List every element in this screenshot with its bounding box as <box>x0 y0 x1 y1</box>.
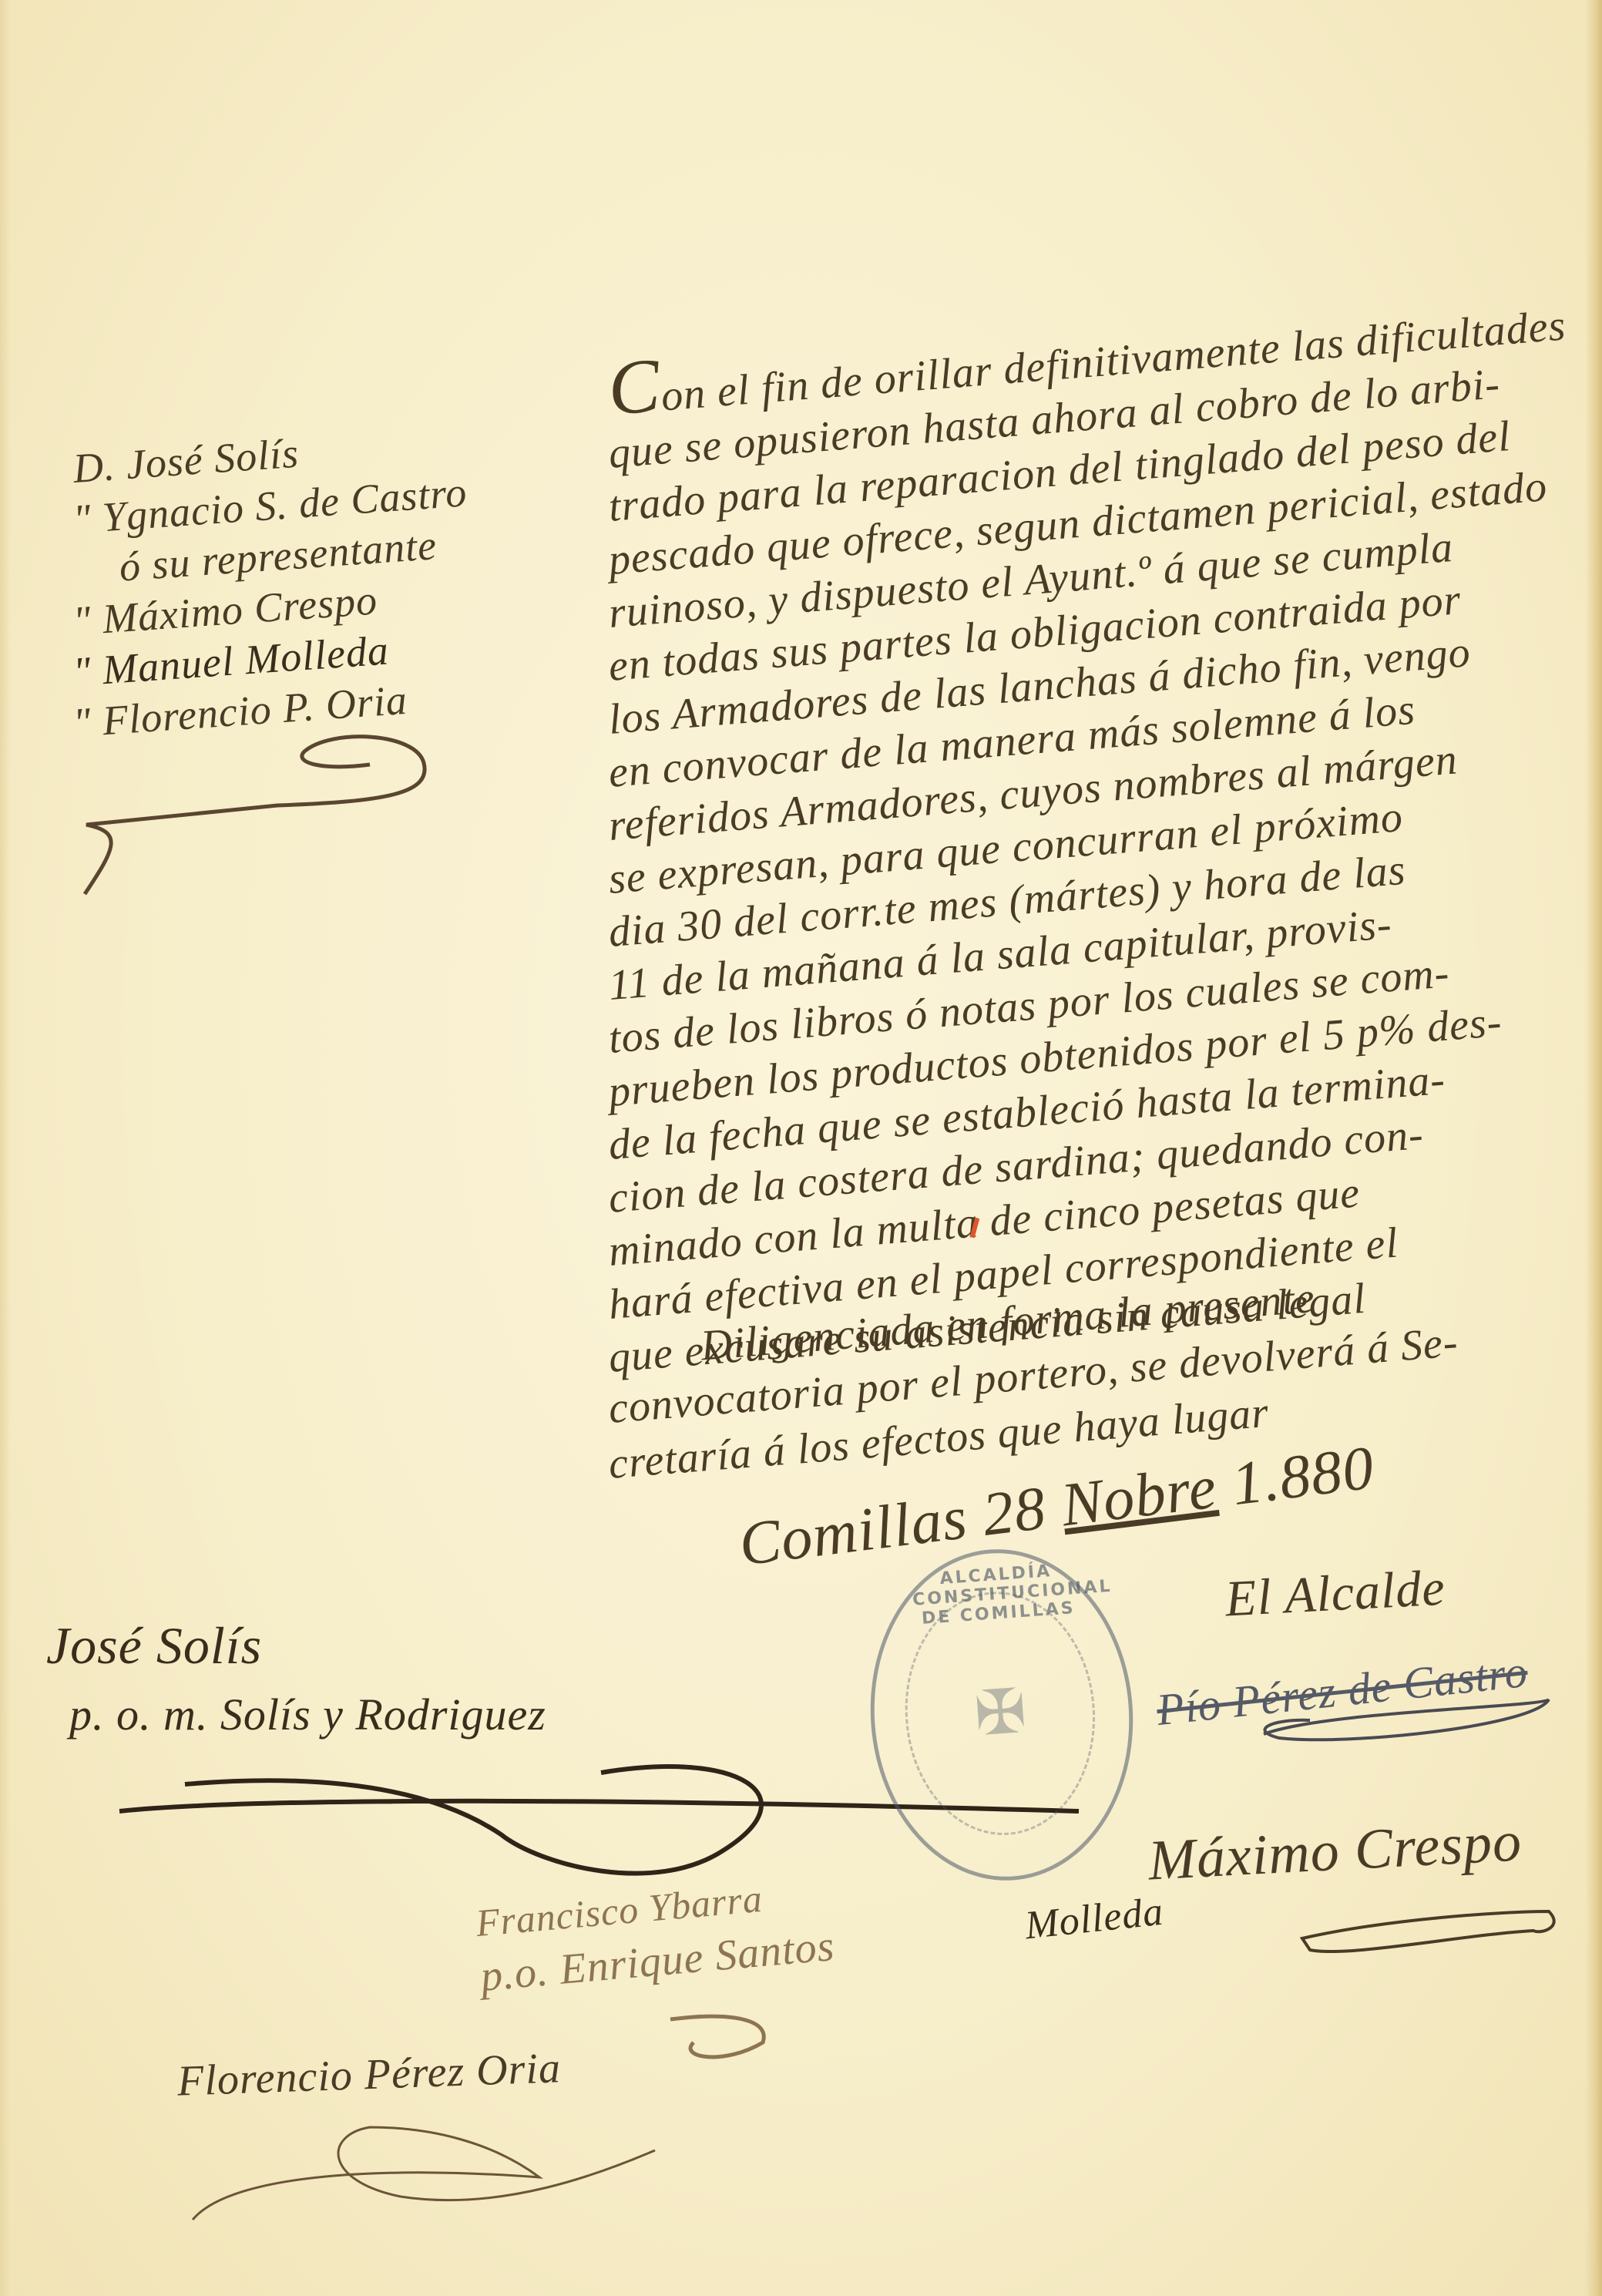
paper-edge-right <box>1585 0 1602 2296</box>
body-paragraph: Con el fin de orillar definitivamente la… <box>609 362 1587 1385</box>
margin-name-list: D. José Solís " Ygnacio S. de Castro ó s… <box>73 443 468 748</box>
signature-jose-solis: José Solís p. o. m. Solís y Rodriguez <box>46 1611 546 1750</box>
coat-of-arms-icon: ✠ <box>972 1675 1029 1750</box>
signature-line: José Solís <box>46 1616 262 1675</box>
mayor-title: El Alcalde <box>1224 1559 1446 1629</box>
paper-edge-left <box>0 0 11 2296</box>
signature-line: p. o. m. Solís y Rodriguez <box>46 1680 546 1750</box>
date-day: 28 <box>979 1474 1050 1549</box>
